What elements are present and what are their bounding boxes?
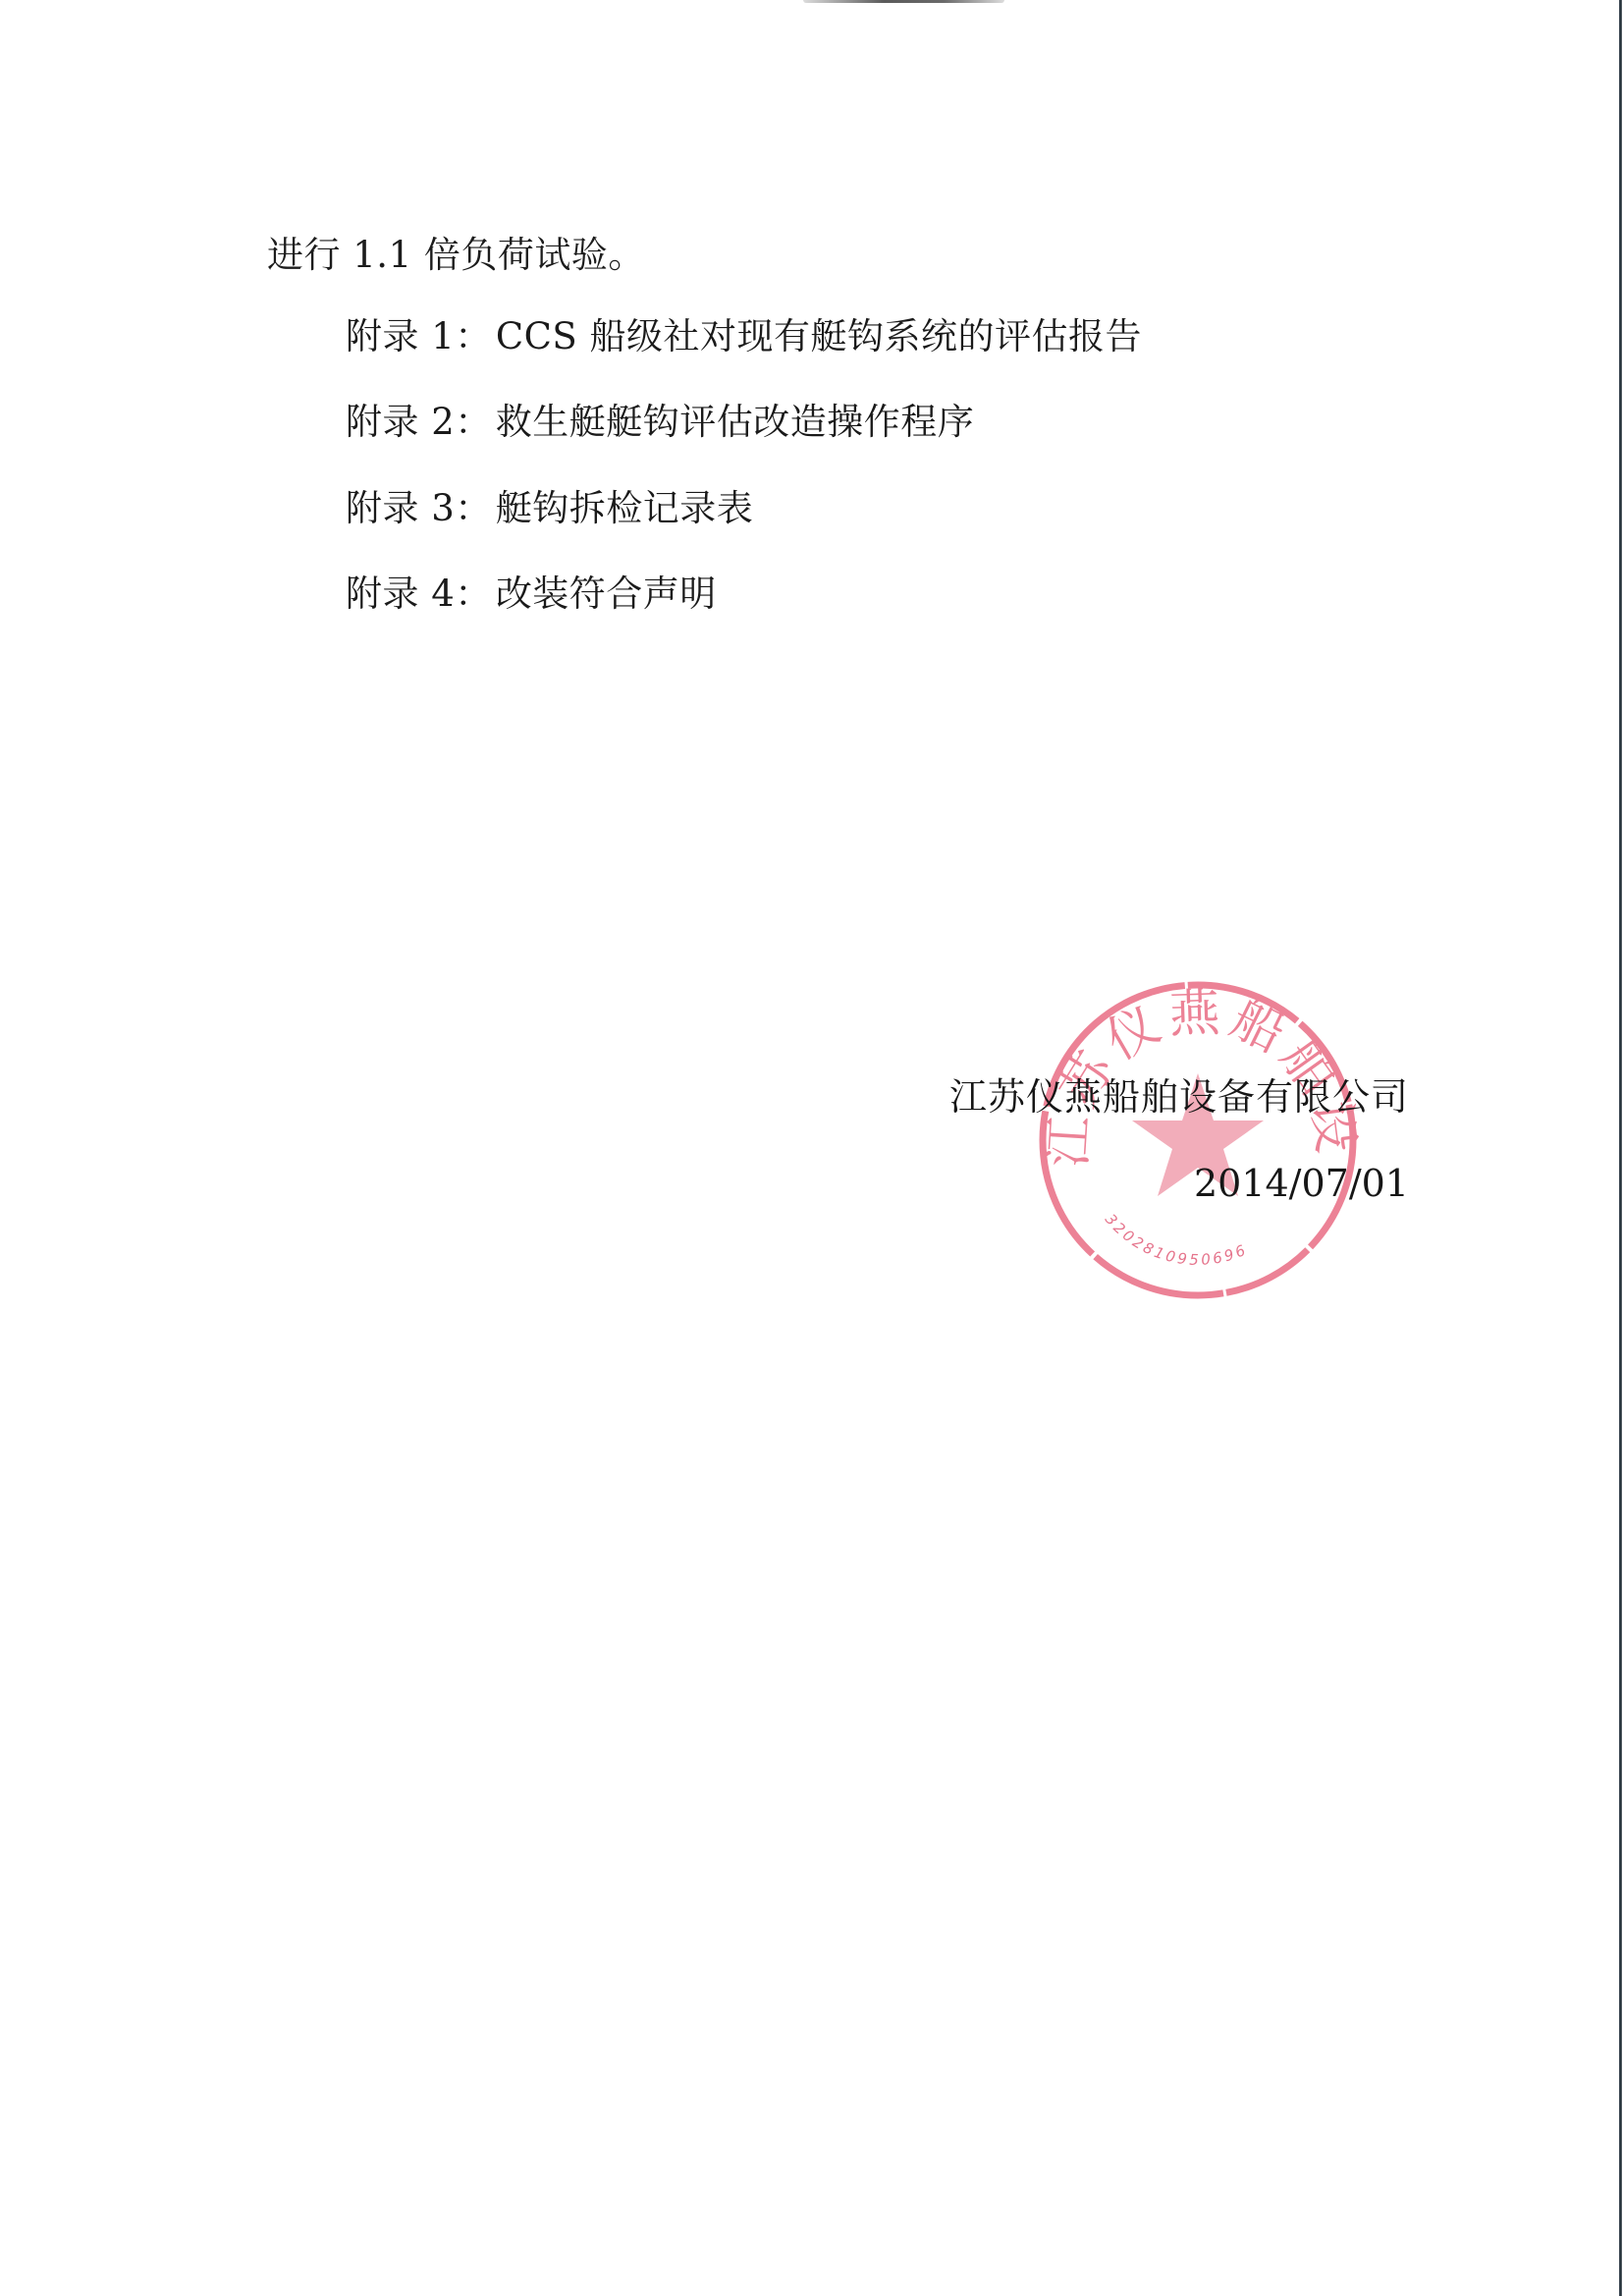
appendix-title: 改装符合声明 — [496, 573, 717, 615]
signature-date: 2014/07/01 — [949, 1161, 1409, 1206]
appendix-item-3: 附录 3：艇钩拆检记录表 — [346, 487, 753, 530]
appendix-item-2: 附录 2：救生艇艇钩评估改造操作程序 — [346, 401, 974, 444]
signature-block: 江苏仪燕船舶设备有限公司 2014/07/01 — [949, 1074, 1409, 1206]
seal-code-text: 3202810950696 — [1102, 1211, 1251, 1269]
scan-edge-mark — [803, 0, 1004, 3]
appendix-label: 附录 4： — [346, 573, 492, 615]
appendix-item-1: 附录 1：CCS 船级社对现有艇钩系统的评估报告 — [346, 315, 1142, 358]
page-edge — [1619, 0, 1622, 2296]
appendix-label: 附录 2： — [346, 401, 492, 443]
appendix-label: 附录 1： — [346, 315, 492, 357]
appendix-item-4: 附录 4：改装符合声明 — [346, 573, 717, 616]
appendix-title: 艇钩拆检记录表 — [496, 487, 754, 529]
body-text-line: 进行 1.1 倍负荷试验。 — [267, 234, 645, 277]
appendix-title: CCS 船级社对现有艇钩系统的评估报告 — [496, 315, 1142, 357]
appendix-label: 附录 3： — [346, 487, 492, 529]
appendix-title: 救生艇艇钩评估改造操作程序 — [496, 401, 975, 443]
company-name: 江苏仪燕船舶设备有限公司 — [949, 1074, 1409, 1120]
